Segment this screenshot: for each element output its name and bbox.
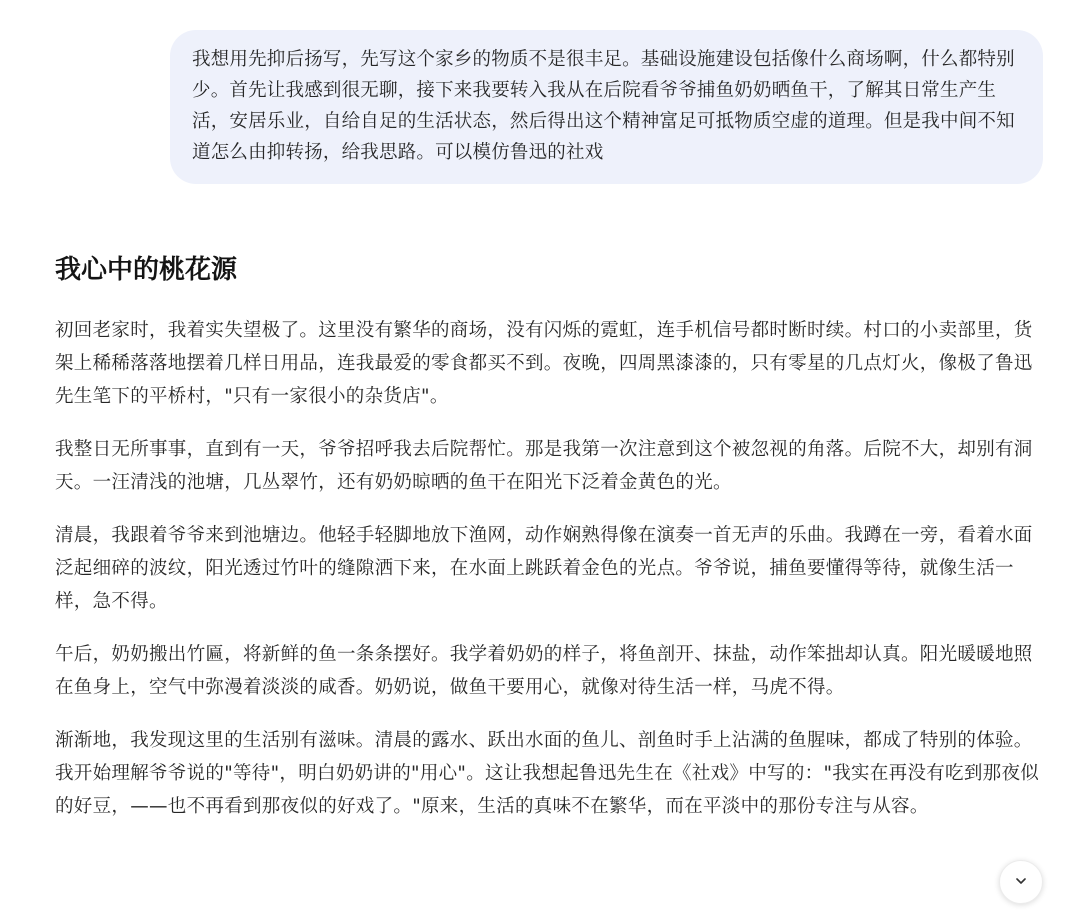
essay-paragraph: 午后，奶奶搬出竹匾，将新鲜的鱼一条条摆好。我学着奶奶的样子，将鱼剖开、抹盐，动作… (55, 638, 1050, 704)
user-message-row: 我想用先抑后扬写，先写这个家乡的物质不是很丰足。基础设施建设包括像什么商场啊，什… (170, 30, 1043, 184)
scroll-to-bottom-button[interactable] (999, 860, 1043, 904)
user-message-text: 我想用先抑后扬写，先写这个家乡的物质不是很丰足。基础设施建设包括像什么商场啊，什… (192, 49, 1015, 163)
essay-paragraph: 渐渐地，我发现这里的生活别有滋味。清晨的露水、跃出水面的鱼儿、剖鱼时手上沾满的鱼… (55, 724, 1050, 823)
essay-paragraph: 我整日无所事事，直到有一天，爷爷招呼我去后院帮忙。那是我第一次注意到这个被忽视的… (55, 433, 1050, 499)
chevron-down-icon (1014, 873, 1028, 892)
chat-conversation: 我想用先抑后扬写，先写这个家乡的物质不是很丰足。基础设施建设包括像什么商场啊，什… (0, 0, 1080, 919)
user-message-bubble: 我想用先抑后扬写，先写这个家乡的物质不是很丰足。基础设施建设包括像什么商场啊，什… (170, 30, 1043, 184)
essay-paragraph: 清晨，我跟着爷爷来到池塘边。他轻手轻脚地放下渔网，动作娴熟得像在演奏一首无声的乐… (55, 519, 1050, 618)
assistant-message: 我心中的桃花源 初回老家时，我着实失望极了。这里没有繁华的商场，没有闪烁的霓虹，… (55, 250, 1050, 843)
essay-paragraph: 初回老家时，我着实失望极了。这里没有繁华的商场，没有闪烁的霓虹，连手机信号都时断… (55, 314, 1050, 413)
essay-title: 我心中的桃花源 (55, 250, 1050, 290)
